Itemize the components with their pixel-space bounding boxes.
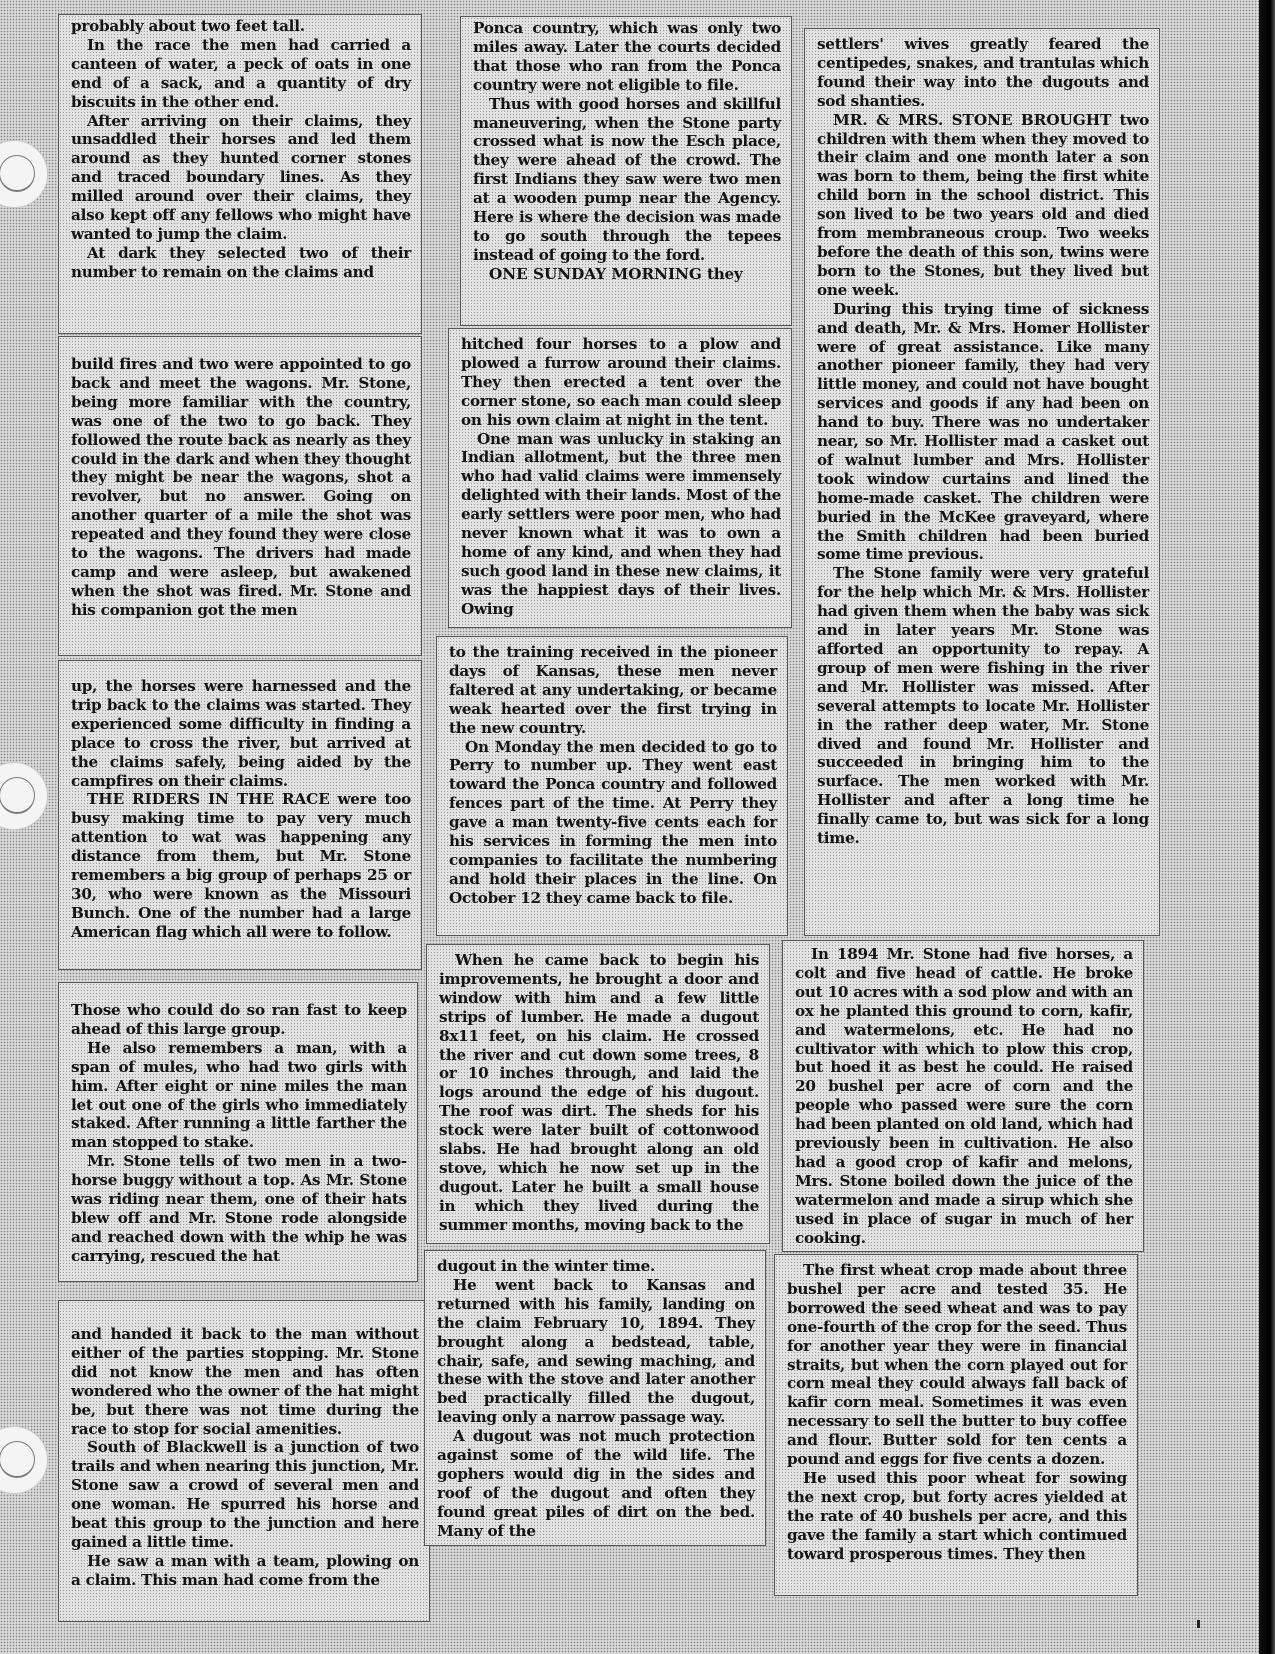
section-lead: MR. & MRS. STONE BROUGHT [833, 111, 1111, 129]
paragraph: probably about two feet tall. [71, 17, 411, 36]
paragraph: One man was unlucky in staking an Indian… [461, 430, 781, 619]
paragraph: settlers' wives greatly feared the centi… [817, 35, 1149, 111]
clip-left-4: Those who could do so ran fast to keep a… [58, 982, 418, 1282]
paragraph: At dark they selected two of their numbe… [71, 244, 411, 282]
paragraph: In the race the men had carried a cantee… [71, 36, 411, 112]
clip-right-1: settlers' wives greatly feared the centi… [804, 28, 1160, 936]
paragraph: On Monday the men decided to go to Perry… [449, 738, 777, 908]
paragraph: Those who could do so ran fast to keep a… [71, 1001, 407, 1039]
paragraph-body: were too busy making time to pay very mu… [71, 790, 411, 940]
paragraph: to the training received in the pioneer … [449, 643, 777, 738]
clip-middle-1: Ponca country, which was only two miles … [460, 16, 792, 326]
paragraph: dugout in the winter time. [437, 1257, 755, 1276]
paragraph: The first wheat crop made about three bu… [787, 1261, 1127, 1469]
clip-left-1: probably about two feet tall. In the rac… [58, 14, 422, 334]
paragraph: He saw a man with a team, plowing on a c… [71, 1552, 419, 1590]
paragraph: hitched four horses to a plow and plowed… [461, 335, 781, 430]
paragraph: Mr. Stone tells of two men in a two-hors… [71, 1152, 407, 1265]
paragraph: THE RIDERS IN THE RACE were too busy mak… [71, 790, 411, 941]
paragraph: The Stone family were very grateful for … [817, 564, 1149, 848]
binder-hole-top [0, 140, 48, 208]
paragraph-body: two children with them when they moved t… [817, 111, 1149, 299]
paragraph: Thus with good horses and skillful maneu… [473, 95, 781, 265]
section-lead: THE RIDERS IN THE RACE [87, 790, 330, 808]
clip-middle-2: hitched four horses to a plow and plowed… [448, 328, 792, 628]
clip-left-5: and handed it back to the man without ei… [58, 1300, 430, 1622]
section-lead: ONE SUNDAY MORNING [489, 265, 702, 283]
binder-hole-bottom [0, 1426, 48, 1494]
paragraph: During this trying time of sickness and … [817, 300, 1149, 565]
paragraph: and handed it back to the man without ei… [71, 1325, 419, 1438]
paragraph: Ponca country, which was only two miles … [473, 19, 781, 95]
binder-hole-middle [0, 762, 48, 830]
paragraph: When he came back to begin his improveme… [439, 951, 759, 1235]
paragraph: ONE SUNDAY MORNING they [473, 265, 781, 284]
clip-left-3: up, the horses were harnessed and the tr… [58, 660, 422, 970]
clip-right-3: The first wheat crop made about three bu… [774, 1254, 1138, 1596]
clip-middle-4: When he came back to begin his improveme… [426, 944, 770, 1244]
paragraph: After arriving on their claims, they uns… [71, 112, 411, 244]
paragraph: South of Blackwell is a junction of two … [71, 1438, 419, 1551]
paragraph: He went back to Kansas and returned with… [437, 1276, 755, 1427]
paragraph: MR. & MRS. STONE BROUGHT two children wi… [817, 111, 1149, 300]
binder-edge-strip [1259, 0, 1275, 1654]
paragraph: A dugout was not much protection against… [437, 1427, 755, 1540]
paragraph: He also remembers a man, with a span of … [71, 1039, 407, 1152]
paragraph: up, the horses were harnessed and the tr… [71, 677, 411, 790]
paragraph-body: they [702, 265, 743, 283]
clip-left-2: build fires and two were appointed to go… [58, 336, 422, 656]
clip-middle-5: dugout in the winter time. He went back … [424, 1250, 766, 1546]
paragraph: In 1894 Mr. Stone had five horses, a col… [795, 945, 1133, 1248]
clip-middle-3: to the training received in the pioneer … [436, 636, 788, 936]
paragraph: He used this poor wheat for sowing the n… [787, 1469, 1127, 1564]
paragraph: build fires and two were appointed to go… [71, 355, 411, 620]
stray-mark [1197, 1620, 1200, 1628]
clip-right-2: In 1894 Mr. Stone had five horses, a col… [782, 940, 1144, 1252]
